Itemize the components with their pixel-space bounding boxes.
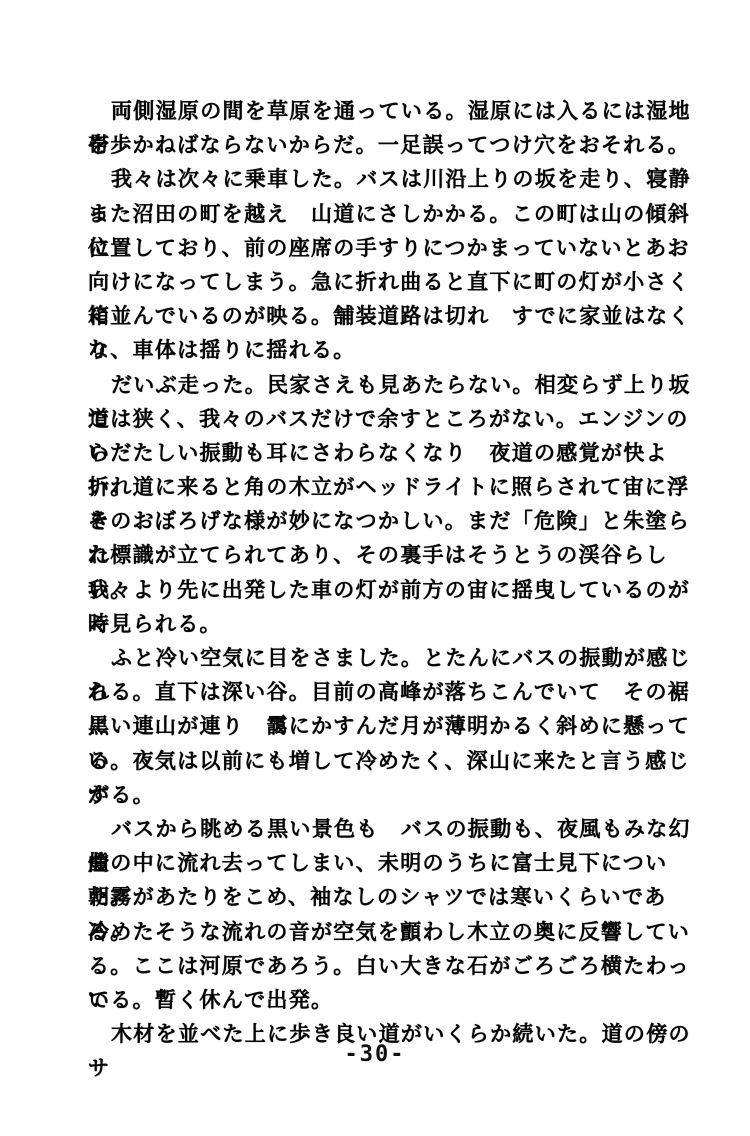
text-line: を歩かねばならないからだ。一足誤ってつけ穴をおそれる。 [88,128,696,162]
text-line: 朝霧があたりをこめ、袖なしのシャツでは寒いくらいである。 [88,880,696,914]
text-line: 位置しており、前の座席の手すりにつかまっていないとあお [88,231,696,265]
text-line: だいぶ走った。民家さえも見あたらない。相変らず上り坂で [88,368,696,402]
text-line: 冷めたそうな流れの音が空気を顫わし木立の奥に反響してい [88,915,696,949]
scanned-page: 両側湿原の間を草原を通っている。湿原には入るには湿地帯を歩かねばならないからだ。… [0,0,750,1136]
text-line: 我々は次々に乗車した。バスは川沿上りの坂を走り、寝静ま [88,162,696,196]
text-line: する。 [88,778,696,812]
text-line: 両側湿原の間を草原を通っている。湿原には入るには湿地帯 [88,94,696,128]
text-line: 折れ道に来ると角の木立がヘッドライトに照らされて宙に浮き [88,470,696,504]
text-line: れる。直下は深い谷。目前の高峰が落ちこんでいて その裾に [88,675,696,709]
text-line: 曲の中に流れ去ってしまい、未明のうちに富士見下についた。 [88,846,696,880]
text-line: る。夜気は以前にも増して冷めたく、深山に来たと言う感じが [88,744,696,778]
text-line: る。ここは河原であろう。白い大きな石がごろごろ横たわって [88,949,696,983]
body-text: 両側湿原の間を草原を通っている。湿原には入るには湿地帯を歩かねばならないからだ。… [88,94,696,1051]
text-line: らだたしい振動も耳にさわらなくなり 夜道の感覚が快よい。 [88,436,696,470]
text-line: いる。暫く休んで出発。 [88,983,696,1017]
text-line: に並んでいるのが映る。舗装道路は切れ すでに家並はなくな [88,299,696,333]
text-line: った沼田の町を越え 山道にさしかかる。この町は山の傾斜に [88,197,696,231]
text-line: そのおぼろげな様が妙になつかしい。まだ「危険」と朱塗られ [88,504,696,538]
text-line: 道は狭く、我々のバスだけで余すところがない。エンジンのい [88,402,696,436]
text-line: 黒い連山が連り 靄にかすんだ月が薄明かるく斜めに懸ってい [88,709,696,743]
text-line: り、車体は揺りに揺れる。 [88,333,696,367]
text-line: 々見られる。 [88,607,696,641]
text-line: た標識が立てられてあり、その裏手はそうとうの渓谷らしい。 [88,538,696,572]
text-line: バスから眺める黒い景色も バスの振動も、夜風もみな幻燈 [88,812,696,846]
page-number: -30- [0,1042,750,1067]
text-line: ふと冷い空気に目をさました。とたんにバスの振動が感じら [88,641,696,675]
text-line: 我々より先に出発した車の灯が前方の宙に揺曳しているのが時 [88,573,696,607]
text-line: 向けになってしまう。急に折れ曲ると直下に町の灯が小さく箱 [88,265,696,299]
